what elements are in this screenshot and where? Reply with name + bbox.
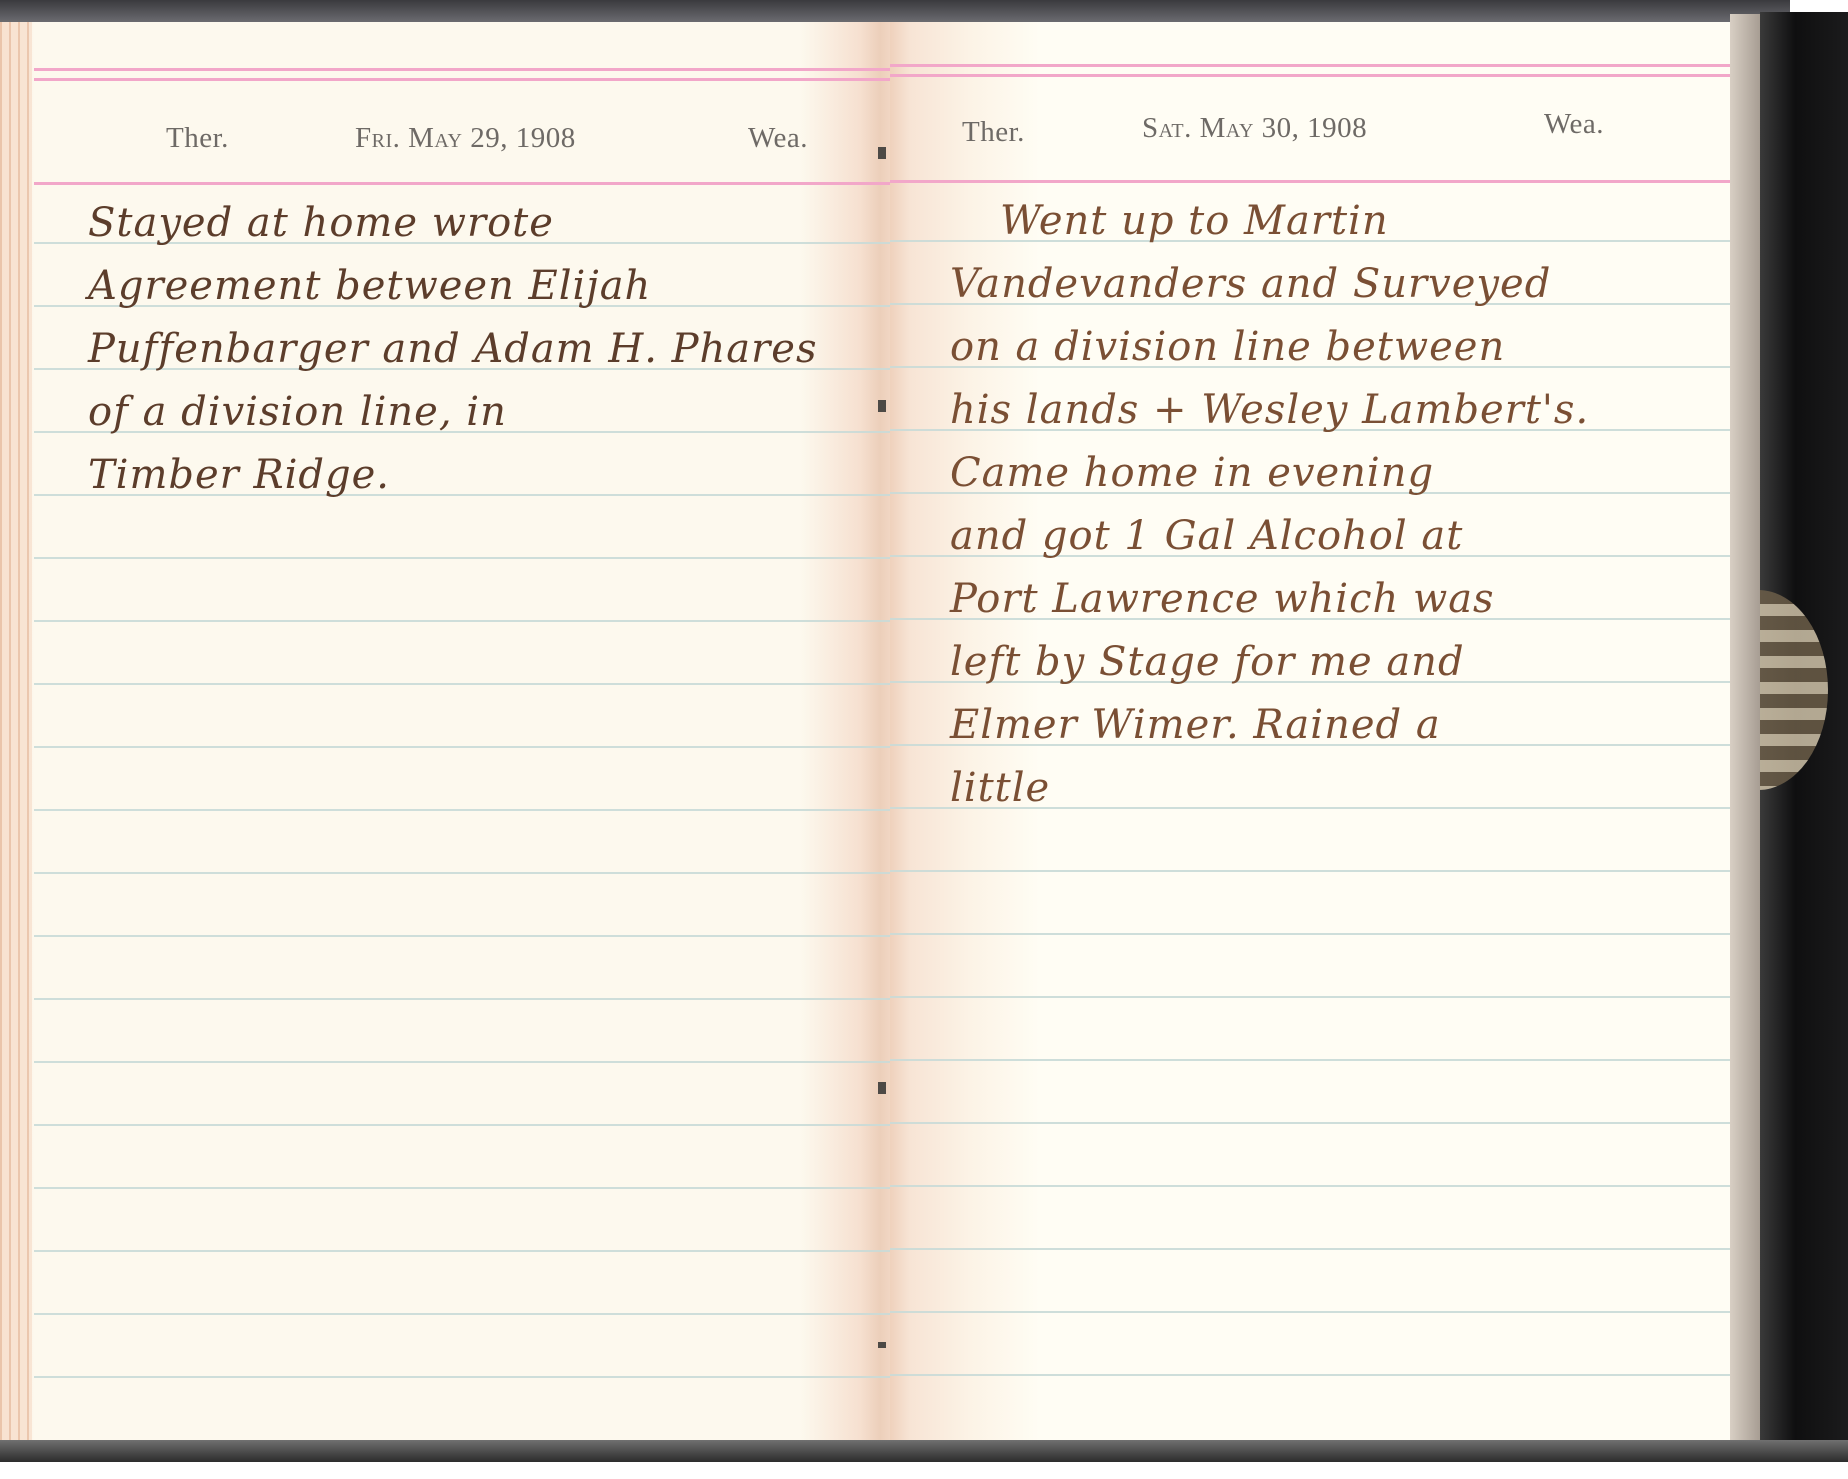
entry-line: Went up to Martin (950, 190, 1589, 253)
right-entry-text: Went up to Martin Vandevanders and Surve… (950, 190, 1589, 820)
header-rule-top (34, 68, 890, 71)
binding-stitch (878, 1082, 886, 1094)
ruled-line (890, 1122, 1730, 1124)
binding-stitch (878, 1342, 886, 1348)
ruled-line (890, 1374, 1730, 1376)
header-rule-top-2 (34, 78, 890, 81)
right-page-header: Ther. Sat. May 30, 1908 Wea. (890, 116, 1730, 166)
ruled-line (34, 872, 890, 874)
ruled-line (34, 809, 890, 811)
ruled-line (34, 1187, 890, 1189)
entry-line: Came home in evening (950, 442, 1589, 505)
entry-line: Port Lawrence which was (950, 568, 1589, 631)
ruled-line (34, 557, 890, 559)
ruled-line (890, 1185, 1730, 1187)
binding-stitch (878, 400, 886, 412)
left-page: Ther. Fri. May 29, 1908 Wea. Stayed at h… (0, 22, 890, 1440)
entry-line: left by Stage for me and (950, 631, 1589, 694)
ruled-line (34, 998, 890, 1000)
ruled-line (34, 1313, 890, 1315)
date-label: Sat. May 30, 1908 (1142, 112, 1367, 145)
ruled-line (34, 620, 890, 622)
ruled-line (890, 1311, 1730, 1313)
left-entry-text: Stayed at home wrote Agreement between E… (88, 192, 817, 507)
page-block-edge (1730, 14, 1760, 1454)
binding-stitch (878, 147, 886, 159)
entry-line: of a division line, in (88, 381, 817, 444)
left-page-header: Ther. Fri. May 29, 1908 Wea. (0, 122, 890, 172)
entry-line: Vandevanders and Surveyed (950, 253, 1589, 316)
ruled-line (34, 1061, 890, 1063)
diary-photo: Ther. Fri. May 29, 1908 Wea. Stayed at h… (0, 0, 1848, 1479)
ther-label: Ther. (166, 122, 229, 155)
ruled-line (34, 746, 890, 748)
cover-bottom-edge (0, 1440, 1848, 1462)
ruled-line (34, 1376, 890, 1378)
entry-line: his lands + Wesley Lambert's. (950, 379, 1589, 442)
header-rule-bottom (890, 180, 1730, 183)
ruled-line (890, 933, 1730, 935)
ruled-line (34, 683, 890, 685)
header-rule-bottom (34, 182, 890, 185)
entry-line: Timber Ridge. (88, 444, 817, 507)
ruled-line (34, 935, 890, 937)
ruled-line (890, 996, 1730, 998)
left-page-edges (0, 22, 32, 1440)
header-rule-top-2 (890, 74, 1730, 77)
ruled-line (34, 1250, 890, 1252)
entry-line: Stayed at home wrote (88, 192, 817, 255)
entry-line: little (950, 757, 1589, 820)
ther-label: Ther. (962, 116, 1025, 149)
date-label: Fri. May 29, 1908 (355, 122, 576, 155)
ruled-line (890, 870, 1730, 872)
ruled-line (34, 1124, 890, 1126)
right-page: Ther. Sat. May 30, 1908 Wea. Went up to … (890, 22, 1730, 1440)
cover-top-edge (0, 0, 1790, 22)
ruled-line (890, 1059, 1730, 1061)
entry-line: Elmer Wimer. Rained a (950, 694, 1589, 757)
entry-line: and got 1 Gal Alcohol at (950, 505, 1589, 568)
wea-label: Wea. (748, 122, 808, 155)
ruled-line (890, 1248, 1730, 1250)
entry-line: Puffenbarger and Adam H. Phares (88, 318, 817, 381)
wea-label: Wea. (1544, 108, 1604, 141)
entry-line: Agreement between Elijah (88, 255, 817, 318)
entry-line: on a division line between (950, 316, 1589, 379)
header-rule-top (890, 64, 1730, 67)
